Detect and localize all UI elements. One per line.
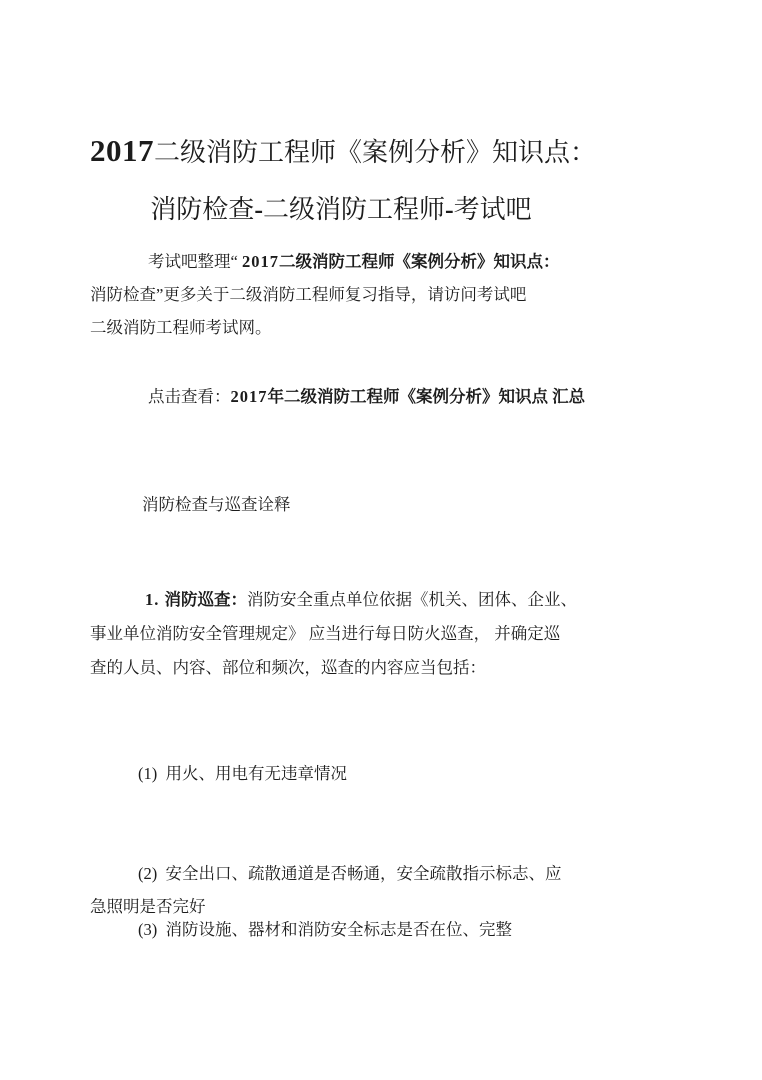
text-run: 2017: [231, 387, 268, 406]
text-run: 消防安全重点单位依据《机关、团体、企业、: [247, 590, 577, 609]
text-run: 2017: [242, 252, 279, 271]
text-run: 事业单位消防安全管理规定》 应当进行每日防火巡查， 并确定巡: [90, 624, 560, 643]
text-run: -: [254, 195, 263, 224]
text-run: 二级消防工程师考试网。: [90, 318, 272, 337]
link-line: 点击查看：2017年二级消防工程师《案例分析》知识点 汇总: [90, 380, 600, 413]
intro: 考试吧整理“ 2017二级消防工程师《案例分析》知识点：消防检查”更多关于二级消…: [90, 245, 600, 344]
text-run: (2) 安全出口、疏散通道是否畅通，安全疏散指示标志、应: [138, 864, 562, 883]
patrol-intro: 1. 消防巡查：消防安全重点单位依据《机关、团体、企业、事业单位消防安全管理规定…: [90, 583, 600, 685]
patrol-intro-line: 事业单位消防安全管理规定》 应当进行每日防火巡查， 并确定巡: [90, 617, 600, 651]
doc-title-line: 消防检查-二级消防工程师-考试吧: [90, 181, 592, 238]
text-run: 考试吧: [454, 195, 532, 224]
patrol-intro-line: 1. 消防巡查：消防安全重点单位依据《机关、团体、企业、: [90, 583, 600, 617]
link-line-line: 点击查看：2017年二级消防工程师《案例分析》知识点 汇总: [90, 380, 600, 413]
intro-line: 考试吧整理“ 2017二级消防工程师《案例分析》知识点：: [90, 245, 600, 278]
text-run: 消防检查”更多关于二级消防工程师复习指导，请访问考试吧: [90, 285, 526, 304]
text-run: 1.: [145, 590, 165, 609]
text-run: 年二级消防工程师《案例分析》知识点 汇总: [268, 387, 586, 406]
item-3-line: (3) 消防设施、器材和消防安全标志是否在位、完整: [90, 913, 600, 946]
section-heading-line: 消防检查与巡查诠释: [90, 488, 600, 521]
intro-line: 消防检查”更多关于二级消防工程师复习指导，请访问考试吧: [90, 278, 600, 311]
item-3: (3) 消防设施、器材和消防安全标志是否在位、完整: [90, 913, 600, 946]
item-2-line: (2) 安全出口、疏散通道是否畅通，安全疏散指示标志、应: [90, 857, 600, 890]
intro-line: 二级消防工程师考试网。: [90, 311, 600, 344]
text-run: 2017: [90, 133, 154, 168]
item-1: (1) 用火、用电有无违章情况: [90, 757, 600, 790]
document-page: 2017二级消防工程师《案例分析》知识点：消防检查-二级消防工程师-考试吧考试吧…: [0, 0, 762, 1080]
text-run: 点击查看：: [148, 387, 231, 406]
doc-title: 2017二级消防工程师《案例分析》知识点：消防检查-二级消防工程师-考试吧: [90, 122, 592, 238]
text-run: (1) 用火、用电有无违章情况: [138, 764, 347, 783]
item-1-line: (1) 用火、用电有无违章情况: [90, 757, 600, 790]
doc-title-line: 2017二级消防工程师《案例分析》知识点：: [90, 122, 592, 181]
text-run: 考试吧整理“: [148, 252, 242, 271]
text-run: 查的人员、内容、部位和频次，巡查的内容应当包括：: [90, 658, 486, 677]
text-run: 二级消防工程师《案例分析》知识点：: [279, 252, 560, 271]
text-run: (3) 消防设施、器材和消防安全标志是否在位、完整: [138, 920, 512, 939]
text-run: 二级消防工程师: [263, 195, 445, 224]
patrol-intro-line: 查的人员、内容、部位和频次，巡查的内容应当包括：: [90, 651, 600, 685]
text-run: 消防检查: [150, 195, 254, 224]
text-run: 消防巡查：: [165, 590, 248, 609]
section-heading: 消防检查与巡查诠释: [90, 488, 600, 521]
text-run: -: [445, 195, 454, 224]
text-run: 二级消防工程师《案例分析》知识点：: [154, 138, 596, 167]
text-run: 消防检查与巡查诠释: [142, 495, 291, 514]
